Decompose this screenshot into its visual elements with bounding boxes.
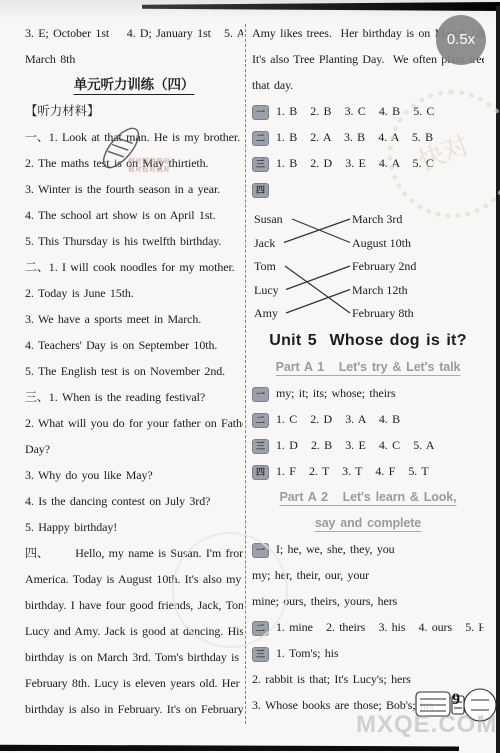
matching-date: February 2nd	[352, 256, 416, 276]
text-line: 4. The school art show is on April 1st.	[25, 202, 243, 228]
line-text: Unit 5 Whose dog is it?	[269, 332, 467, 349]
matching-date: August 10th	[352, 233, 411, 253]
text-line: 三1. Tom's; his	[252, 640, 484, 666]
line-text: 单元听力训练（四）	[74, 77, 195, 92]
text-line: March 8th	[25, 46, 243, 72]
line-text: birthday is on March 3rd. Tom's birthday…	[25, 650, 243, 664]
playback-speed-badge[interactable]: 0.5x	[436, 15, 486, 65]
text-line: 二1. mine 2. theirs 3. his 4. ours 5. Her	[252, 614, 484, 640]
text-line: Day?	[25, 436, 243, 462]
text-line: Unit 5 Whose dog is it?	[252, 328, 484, 354]
text-line: 四1. F 2. T 3. T 4. F 5. T	[252, 458, 484, 484]
text-line: Part A 2 Let's learn & Look,	[252, 484, 484, 510]
site-watermark: MXQE.COM	[356, 710, 497, 740]
line-text: Part A 2 Let's learn & Look,	[279, 490, 456, 504]
text-line: 2. What will you do for your father on F…	[25, 410, 243, 436]
text-line: 单元听力训练（四）	[25, 72, 243, 98]
matching-connection-line	[286, 290, 350, 314]
text-line: 一my; it; its; whose; theirs	[252, 380, 484, 406]
tiny-red-watermark: 很对很对很对 很对很对很对	[128, 158, 170, 173]
text-line: 三、1. When is the reading festival?	[25, 384, 243, 410]
section-marker: 一	[252, 105, 269, 120]
line-text: 2. Today is June 15th.	[25, 286, 134, 300]
line-text: 1. C 2. D 3. A 4. B	[276, 412, 400, 426]
page-number: 9	[452, 690, 460, 710]
section-marker: 三	[252, 647, 269, 662]
faint-circle-watermark	[172, 532, 288, 648]
line-text: that day.	[252, 78, 293, 92]
text-line: 【听力材料】	[25, 98, 243, 124]
matching-name: Lucy	[254, 280, 279, 300]
text-line: Part A 1 Let's try & Let's talk	[252, 354, 484, 380]
line-text: Part A 1 Let's try & Let's talk	[276, 360, 461, 374]
line-text: say and complete	[315, 516, 421, 530]
section-marker: 一	[252, 387, 269, 402]
text-line: 4. Is the dancing contest on July 3rd?	[25, 488, 243, 514]
text-line: birthday is also in February. It's on Fe…	[25, 696, 243, 722]
text-line: February 8th. Lucy is eleven years old. …	[25, 670, 243, 696]
text-line: 5. This Thursday is his twelfth birthday…	[25, 228, 243, 254]
line-text: 1. Tom's; his	[276, 646, 338, 660]
text-line: 2. Today is June 15th.	[25, 280, 243, 306]
right-column-bottom-lines: Unit 5 Whose dog is it?Part A 1 Let's tr…	[252, 328, 484, 718]
line-text: 4. The school art show is on April 1st.	[25, 208, 216, 222]
matching-name: Susan	[254, 209, 283, 229]
text-line: 3. Why do you like May?	[25, 462, 243, 488]
line-text: 3. We have a sports meet in March.	[25, 312, 201, 326]
line-text: 3. E; October 1st 4. D; January 1st 5. A…	[25, 26, 243, 40]
line-text: Day?	[25, 442, 50, 456]
line-text: 5. Happy birthday!	[25, 520, 117, 534]
text-line: 3. E; October 1st 4. D; January 1st 5. A…	[25, 20, 243, 46]
line-text: 5. The English test is on November 2nd.	[25, 364, 225, 378]
section-marker: 四	[252, 465, 269, 480]
line-text: 1. D 2. B 3. E 4. C 5. A	[276, 438, 434, 452]
line-text: 1. F 2. T 3. T 4. F 5. T	[276, 464, 429, 478]
matching-exercise: SusanJackTomLucyAmyMarch 3rdAugust 10thF…	[252, 202, 484, 328]
section-marker: 二	[252, 413, 269, 428]
section-marker: 四	[252, 183, 269, 198]
text-line: say and complete	[252, 510, 484, 536]
line-text: 3. Why do you like May?	[25, 468, 153, 482]
line-text: birthday is also in February. It's on Fe…	[25, 702, 243, 716]
scan-bottom-edge	[0, 744, 459, 751]
text-line: 5. The English test is on November 2nd.	[25, 358, 243, 384]
matching-date: February 8th	[352, 303, 414, 323]
answer-book-page: 3. E; October 1st 4. D; January 1st 5. A…	[0, 0, 500, 753]
line-text: 【听力材料】	[25, 104, 99, 118]
line-text: 4. Is the dancing contest on July 3rd?	[25, 494, 210, 508]
matching-name: Jack	[254, 233, 275, 253]
line-text: I; he, we, she, they, you	[276, 542, 395, 556]
line-text: my; it; its; whose; theirs	[276, 386, 395, 400]
line-text: 5. This Thursday is his twelfth birthday…	[25, 234, 221, 248]
text-line: 4. Teachers' Day is on September 10th.	[25, 332, 243, 358]
text-line: birthday is on March 3rd. Tom's birthday…	[25, 644, 243, 670]
matching-date: March 12th	[352, 280, 408, 300]
matching-name: Tom	[254, 256, 276, 276]
text-line: 3. Winter is the fourth season in a year…	[25, 176, 243, 202]
matching-name: Amy	[254, 303, 278, 323]
text-line: 二1. C 2. D 3. A 4. B	[252, 406, 484, 432]
stamp-text: 快对	[412, 125, 474, 179]
matching-connection-line	[286, 266, 350, 290]
line-text: February 8th. Lucy is eleven years old. …	[25, 676, 239, 690]
text-line: 三1. D 2. B 3. E 4. C 5. A	[252, 432, 484, 458]
line-text: 2. What will you do for your father on F…	[25, 416, 243, 430]
matching-date: March 3rd	[352, 209, 402, 229]
line-text: 三、1. When is the reading festival?	[25, 390, 205, 404]
text-line: 二、1. I will cook noodles for my mother.	[25, 254, 243, 280]
text-line: 一I; he, we, she, they, you	[252, 536, 484, 562]
matching-connection-line	[285, 266, 350, 313]
tiny-red-line: 很对很对很对	[128, 166, 170, 174]
text-line: 3. We have a sports meet in March.	[25, 306, 243, 332]
line-text: 1. mine 2. theirs 3. his 4. ours 5. Her	[276, 620, 484, 634]
section-marker: 三	[252, 439, 269, 454]
line-text: March 8th	[25, 52, 75, 66]
section-marker: 三	[252, 157, 269, 172]
line-text: 4. Teachers' Day is on September 10th.	[25, 338, 217, 352]
section-marker: 二	[252, 131, 269, 146]
line-text: 2. rabbit is that; It's Lucy's; hers	[252, 672, 411, 686]
line-text: 二、1. I will cook noodles for my mother.	[25, 260, 235, 274]
line-text: 3. Winter is the fourth season in a year…	[25, 182, 220, 196]
